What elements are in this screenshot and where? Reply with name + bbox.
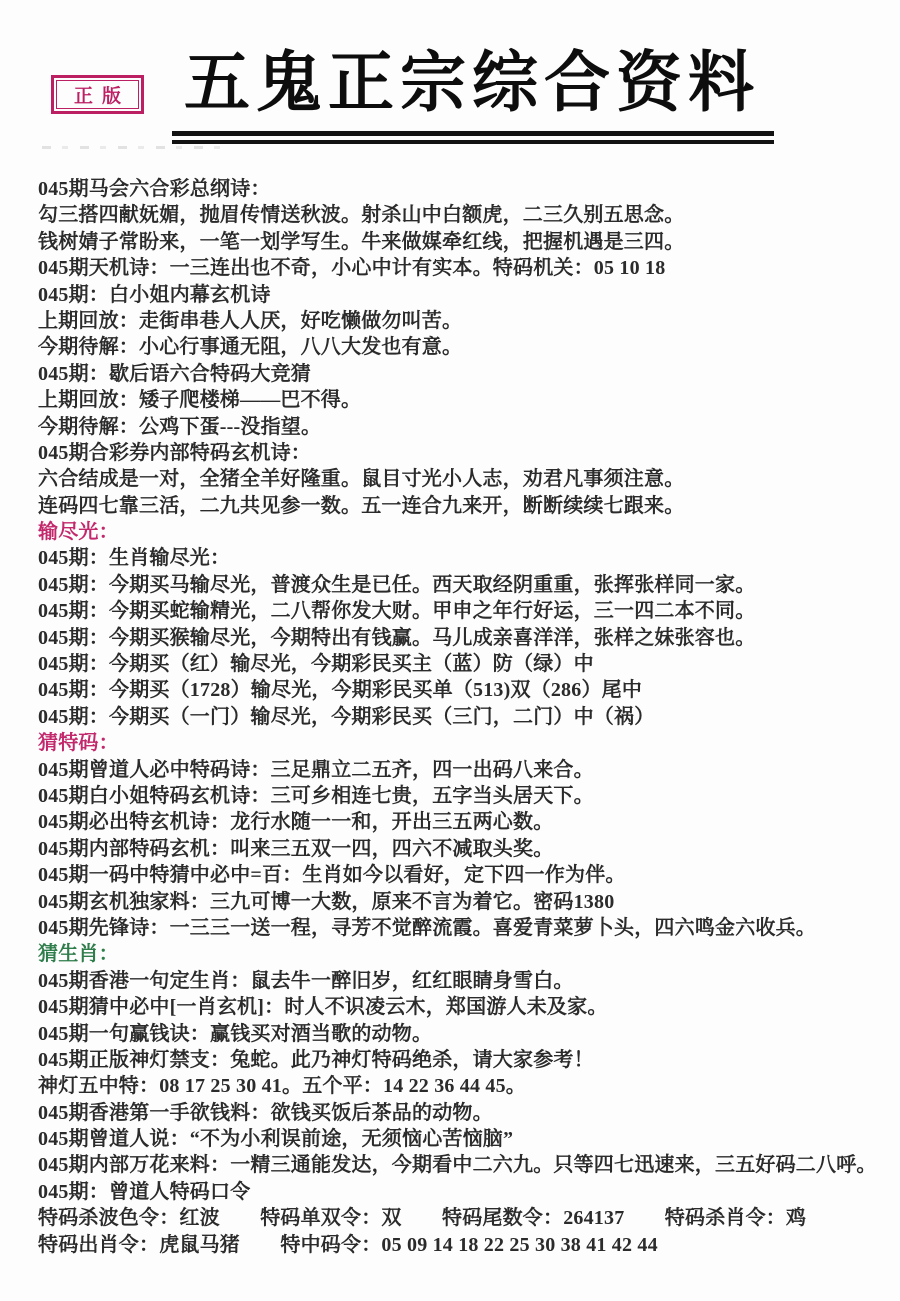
text-line: 045期：今期买马输尽光，普渡众生是已任。西天取经阴重重，张挥张样同一家。 [38, 572, 878, 598]
text-line: 今期待解：小心行事通无阻，八八大发也有意。 [38, 334, 878, 360]
content-lines: 045期马会六合彩总纲诗：勾三搭四献妩媚，抛眉传情送秋波。射杀山中白额虎，二三久… [38, 176, 878, 1258]
text-line: 045期香港第一手欲钱料：欲钱买饭后茶品的动物。 [38, 1100, 878, 1126]
text-line: 045期马会六合彩总纲诗： [38, 176, 878, 202]
text-line: 045期一句赢钱诀：赢钱买对酒当歌的动物。 [38, 1021, 878, 1047]
text-line: 045期：今期买蛇输精光，二八帮你发大财。甲申之年行好运，三一四二本不同。 [38, 598, 878, 624]
page-title: 五鬼正宗综合资料 [184, 44, 760, 123]
document-page: 正版 五鬼正宗综合资料 045期马会六合彩总纲诗：勾三搭四献妩媚，抛眉传情送秋波… [0, 0, 900, 1301]
title-underline-top [172, 131, 774, 136]
text-line: 今期待解：公鸡下蛋---没指望。 [38, 414, 878, 440]
text-line: 猜特码： [38, 730, 878, 756]
text-line: 045期天机诗：一三连出也不奇，小心中计有实本。特码机关：05 10 18 [38, 255, 878, 281]
text-line: 045期曾道人必中特码诗：三足鼎立二五齐，四一出码八来合。 [38, 757, 878, 783]
scan-artifact [42, 146, 227, 149]
text-line: 045期：今期买猴输尽光，今期特出有钱赢。马儿成亲喜洋洋，张样之妹张容也。 [38, 625, 878, 651]
title-underline-bottom [172, 140, 774, 144]
text-line: 神灯五中特：08 17 25 30 41。五个平：14 22 36 44 45。 [38, 1073, 878, 1099]
text-line: 045期一码中特猜中必中=百：生肖如今以看好，定下四一作为伴。 [38, 862, 878, 888]
text-line: 045期：今期买（一门）输尽光，今期彩民买（三门，二门）中（祸） [38, 704, 878, 730]
text-line: 045期合彩券内部特码玄机诗： [38, 440, 878, 466]
text-line: 045期：白小姐内幕玄机诗 [38, 282, 878, 308]
text-line: 猜生肖： [38, 941, 878, 967]
text-line: 045期：曾道人特码口令 [38, 1179, 878, 1205]
text-line: 045期必出特玄机诗：龙行水随一一和，开出三五两心数。 [38, 809, 878, 835]
text-line: 045期香港一句定生肖：鼠去牛一醉旧岁，红红眼睛身雪白。 [38, 968, 878, 994]
text-line: 045期内部特码玄机：叫来三五双一四，四六不减取头奖。 [38, 836, 878, 862]
text-line: 勾三搭四献妩媚，抛眉传情送秋波。射杀山中白额虎，二三久别五思念。 [38, 202, 878, 228]
text-line: 045期正版神灯禁支：兔蛇。此乃神灯特码绝杀，请大家参考！ [38, 1047, 878, 1073]
text-line: 钱树婧子常盼来，一笔一划学写生。牛来做媒牵红线，把握机遇是三四。 [38, 229, 878, 255]
text-line: 045期猜中必中[一肖玄机]：时人不识凌云木，郑国游人未及家。 [38, 994, 878, 1020]
text-line: 上期回放：矮子爬楼梯——巴不得。 [38, 387, 878, 413]
text-line: 045期曾道人说：“不为小利误前途，无须恼心苦恼脑” [38, 1126, 878, 1152]
text-line: 045期：今期买（红）输尽光，今期彩民买主（蓝）防（绿）中 [38, 651, 878, 677]
text-line: 上期回放：走街串巷人人厌，好吃懒做勿叫苦。 [38, 308, 878, 334]
text-line: 连码四七靠三活，二九共见参一数。五一连合九来开，断断续续七跟来。 [38, 493, 878, 519]
text-line: 特码出肖令：虎鼠马猪 特中码令：05 09 14 18 22 25 30 38 … [38, 1232, 878, 1258]
text-line: 045期先锋诗：一三三一送一程，寻芳不觉醉流霞。喜爱青菜萝卜头，四六鸣金六收兵。 [38, 915, 878, 941]
authentic-badge-label: 正版 [65, 81, 130, 108]
text-line: 六合结成是一对，全猪全羊好隆重。鼠目寸光小人志，劝君凡事须注意。 [38, 466, 878, 492]
text-line: 045期白小姐特码玄机诗：三可乡相连七贵，五字当头居天下。 [38, 783, 878, 809]
text-line: 045期：今期买（1728）输尽光，今期彩民买单（513)双（286）尾中 [38, 677, 878, 703]
text-line: 045期：歇后语六合特码大竞猜 [38, 361, 878, 387]
text-line: 045期玄机独家料：三九可博一大数，原来不言为着它。密码1380 [38, 889, 878, 915]
authentic-badge: 正版 [51, 75, 144, 114]
text-line: 045期内部万花来料：一精三通能发达，今期看中二六九。只等四七迅速来，三五好码二… [38, 1152, 878, 1178]
text-line: 输尽光： [38, 519, 878, 545]
text-line: 045期：生肖输尽光： [38, 545, 878, 571]
text-line: 特码杀波色令：红波 特码单双令：双 特码尾数令：264137 特码杀肖令：鸡 [38, 1205, 878, 1231]
